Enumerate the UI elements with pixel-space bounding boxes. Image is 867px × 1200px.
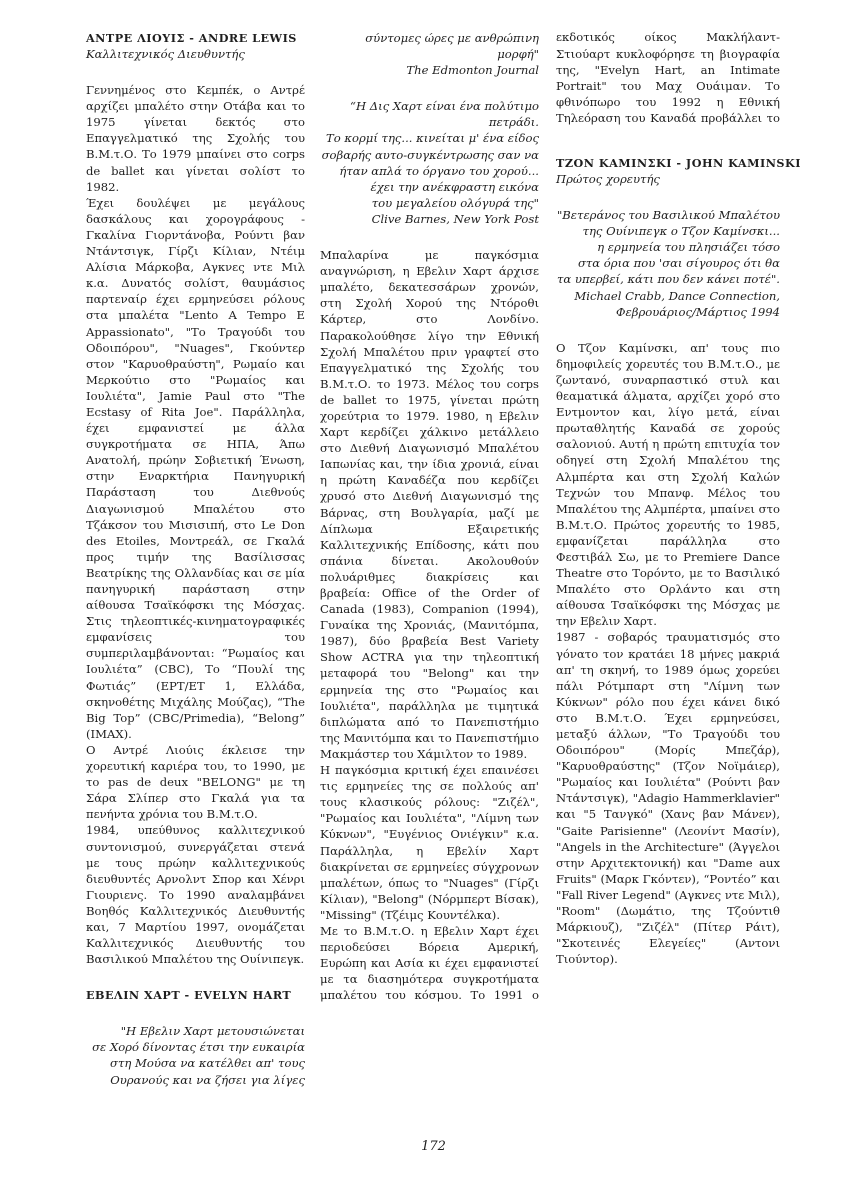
paragraph: Με το Β.Μ.τ.Ο. η Εβελιν Χαρτ έχει περιοδ… (556, 30, 780, 127)
role-john-kaminski: Πρώτος χορευτής (556, 171, 780, 187)
page-number: 172 (0, 1139, 867, 1154)
quote-line: έχει την ανέκφραστη εικόνα (320, 179, 539, 195)
paragraph: Μπαλαρίνα με παγκόσμια αναγνώριση, η Εβε… (320, 247, 539, 762)
quote-source: Φεβρουάριος/Μάρτιος 1994 (556, 304, 780, 320)
quote-line: Ουρανούς και να ζήσει για λίγες (86, 1072, 305, 1088)
quote-line: η ερμηνεία του πλησιάζει τόσο (556, 239, 780, 255)
quote-line: στα όρια που 'σαι σίγουρος ότι θα (556, 255, 780, 271)
column-3: Με το Β.Μ.τ.Ο. η Εβελιν Χαρτ έχει περιοδ… (556, 30, 780, 967)
paragraph: 1984, υπεύθυνος καλλιτεχνικού συντονισμο… (86, 822, 305, 967)
paragraph: 1987 - σοβαρός τραυματισμός στο γόνατο τ… (556, 629, 780, 967)
paragraph: Έχει δουλέψει με μεγάλους δασκάλους και … (86, 195, 305, 742)
quote-line: σύντομες ώρες με ανθρώπινη μορφή" (320, 30, 539, 62)
section-heading-evelyn-hart: ΕΒΕΛΙΝ ΧΑΡΤ - EVELYN HART (86, 987, 305, 1003)
quote-source: Michael Crabb, Dance Connection, (556, 288, 780, 304)
paragraph: Γεννημένος στο Κεμπέκ, ο Αντρέ αρχίζει μ… (86, 82, 305, 195)
column-2: σύντομες ώρες με ανθρώπινη μορφή" The Ed… (320, 30, 539, 1004)
quote-line: της Ουίνιπεγκ ο Τζον Καμίνσκι... (556, 223, 780, 239)
quote-line: ήταν απλά το όργανο του χορού... (320, 163, 539, 179)
quote-line: σε Χορό δίνοντας έτσι την ευκαιρία (86, 1039, 305, 1055)
quote-line: τα υπερβεί, κάτι που δεν κάνει ποτέ". (556, 271, 780, 287)
paragraph: Ο Αντρέ Λιούις έκλεισε την χορευτική καρ… (86, 742, 305, 822)
quote-source: Clive Barnes, New York Post (320, 211, 539, 227)
quote-line: σοβαρής αυτο-συγκέντρωσης σαν να (320, 147, 539, 163)
role-andre-lewis: Καλλιτεχνικός Διευθυντής (86, 46, 305, 62)
paragraph: Ο Τζον Καμίνσκι, απ' τους πιο δημοφιλείς… (556, 340, 780, 630)
quote-line: "Βετεράνος του Βασιλικού Μπαλέτου (556, 207, 780, 223)
paragraph-continuation: Με το Β.Μ.τ.Ο. η Εβελιν Χαρτ έχει περιοδ… (556, 30, 780, 127)
column-1: ΑΝΤΡΕ ΛΙΟΥΙΣ - ANDRE LEWIS Καλλιτεχνικός… (86, 30, 305, 1088)
quote-line: Το κορμί της... κινείται μ' ένα είδος (320, 130, 539, 146)
quote-line: "Η Εβελιν Χαρτ μετουσιώνεται (86, 1023, 305, 1039)
section-heading-andre-lewis: ΑΝΤΡΕ ΛΙΟΥΙΣ - ANDRE LEWIS (86, 30, 305, 46)
section-heading-john-kaminski: ΤΖΟΝ ΚΑΜΙΝΣΚΙ - JOHN KAMINSKI (556, 155, 780, 171)
quote-source: The Edmonton Journal (320, 62, 539, 78)
quote-line: “Η Δις Χαρτ είναι ένα πολύτιμο πετράδι. (320, 98, 539, 130)
paragraph: Η παγκόσμια κριτική έχει επαινέσει τις ε… (320, 762, 539, 923)
paragraph-continued: Με το Β.Μ.τ.Ο. η Εβελιν Χαρτ έχει περιοδ… (320, 923, 539, 1004)
quote-line: στη Μούσα να κατέλθει απ' τους (86, 1055, 305, 1071)
quote-line: του μεγαλείου ολόγυρά της" (320, 195, 539, 211)
